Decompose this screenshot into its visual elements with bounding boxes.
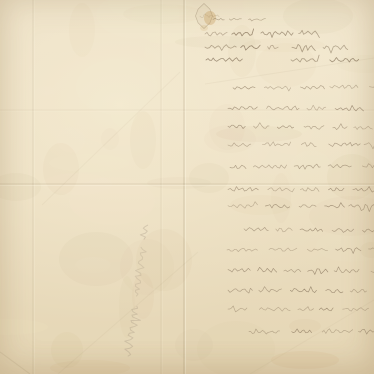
manuscript-canvas (0, 0, 374, 374)
paper-texture (0, 0, 374, 374)
letter-page: Unfolded aged letter sheet: right leaf c… (0, 0, 374, 374)
